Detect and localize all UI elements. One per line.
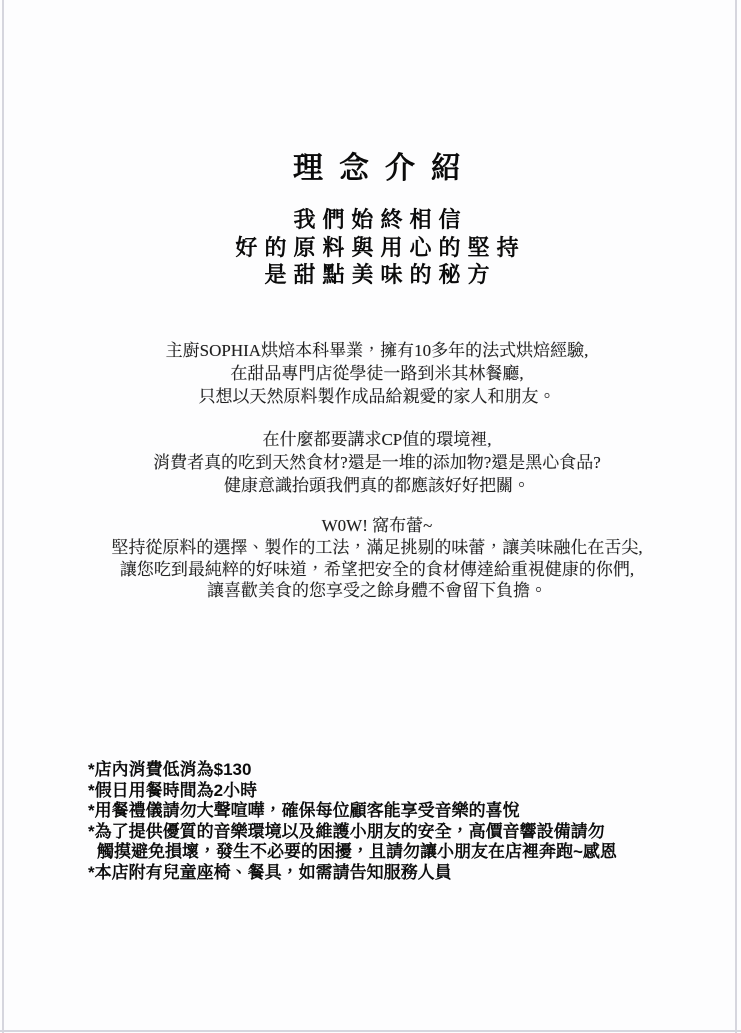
- brand-promise-line-2: 堅持從原料的選擇、製作的工法，滿足挑剔的味蕾，讓美味融化在舌尖,: [13, 537, 741, 559]
- rule-equipment-line-1: *為了提供優質的音樂環境以及維護小朋友的安全，高價音響設備請勿: [88, 822, 708, 843]
- belief-line-1: 我們始終相信: [13, 206, 741, 234]
- cp-value-line-3: 健康意識抬頭我們真的都應該好好把關。: [13, 474, 741, 497]
- belief-line-2: 好的原料與用心的堅持: [13, 234, 741, 262]
- store-rules-list: *店內消費低消為$130 *假日用餐時間為2小時 *用餐禮儀請勿大聲喧嘩，確保每…: [88, 760, 708, 884]
- brand-promise-line-4: 讓喜歡美食的您享受之餘身體不會留下負擔。: [13, 580, 741, 602]
- rule-minimum-charge: *店內消費低消為$130: [88, 760, 708, 781]
- scanned-page: 理念介紹 我們始終相信 好的原料與用心的堅持 是甜點美味的秘方 主廚SOPHIA…: [0, 0, 741, 1033]
- brand-promise-line-3: 讓您吃到最純粹的好味道，希望把安全的食材傳達給重視健康的你們,: [13, 559, 741, 581]
- rule-equipment-line-2: 觸摸避免損壞，發生不必要的困擾，且請勿讓小朋友在店裡奔跑~感恩: [88, 842, 708, 863]
- brand-promise-paragraph: W0W! 窩布蕾~ 堅持從原料的選擇、製作的工法，滿足挑剔的味蕾，讓美味融化在舌…: [13, 515, 741, 602]
- rule-dining-time: *假日用餐時間為2小時: [88, 781, 708, 802]
- belief-statement: 我們始終相信 好的原料與用心的堅持 是甜點美味的秘方: [13, 206, 741, 289]
- belief-line-3: 是甜點美味的秘方: [13, 261, 741, 289]
- rule-child-seats: *本店附有兒童座椅、餐具，如需請告知服務人員: [88, 863, 708, 884]
- chef-intro-line-3: 只想以天然原料製作成品給親愛的家人和朋友。: [13, 385, 741, 408]
- page-title: 理念介紹: [13, 151, 741, 187]
- page-edge-bottom: [0, 1030, 741, 1032]
- brand-promise-line-1: W0W! 窩布蕾~: [13, 515, 741, 537]
- cp-value-line-1: 在什麼都要講求CP值的環境裡,: [13, 428, 741, 451]
- chef-intro-line-1: 主廚SOPHIA烘焙本科畢業，擁有10多年的法式烘焙經驗,: [13, 339, 741, 362]
- page-edge-left: [2, 0, 4, 1033]
- chef-intro-line-2: 在甜品專門店從學徒一路到米其林餐廳,: [13, 362, 741, 385]
- cp-value-paragraph: 在什麼都要講求CP值的環境裡, 消費者真的吃到天然食材?還是一堆的添加物?還是黑…: [13, 428, 741, 498]
- chef-intro-paragraph: 主廚SOPHIA烘焙本科畢業，擁有10多年的法式烘焙經驗, 在甜品專門店從學徒一…: [13, 339, 741, 409]
- rule-etiquette: *用餐禮儀請勿大聲喧嘩，確保每位顧客能享受音樂的喜悅: [88, 801, 708, 822]
- cp-value-line-2: 消費者真的吃到天然食材?還是一堆的添加物?還是黑心食品?: [13, 451, 741, 474]
